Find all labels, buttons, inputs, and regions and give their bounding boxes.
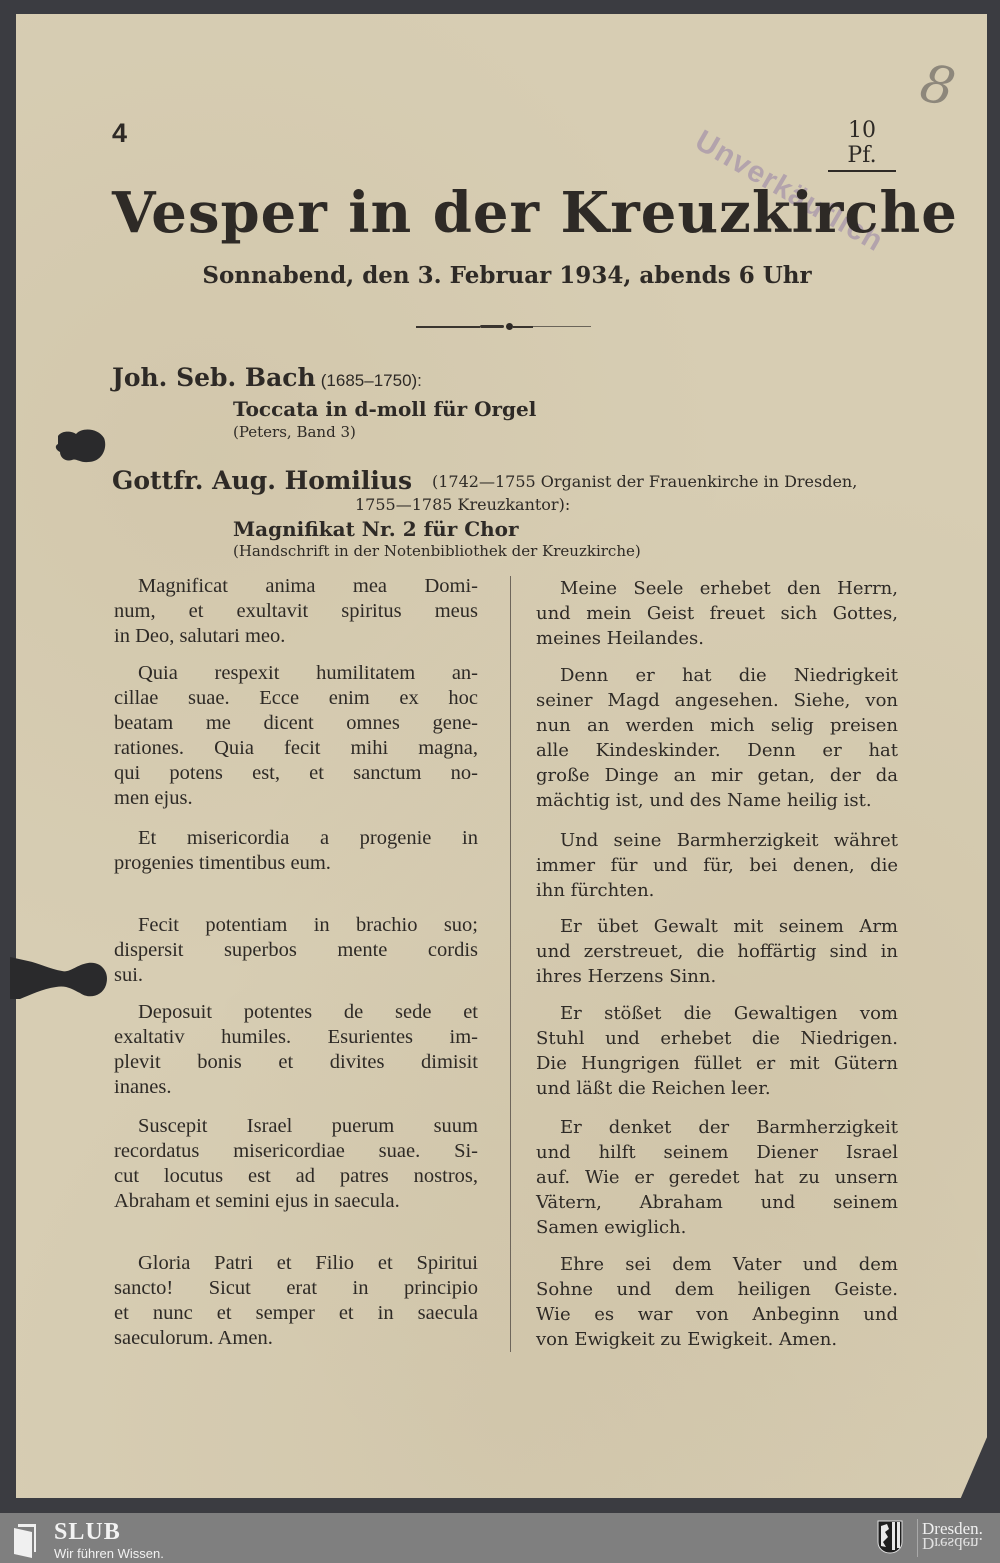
latin-stanza: Deposuit potentes de sede et exaltativ h…: [114, 1000, 478, 1100]
composer-dates-line2: 1755—1785 Kreuzkantor):: [355, 495, 570, 514]
price-label: 10 Pf.: [828, 118, 896, 172]
ink-blot: [52, 428, 107, 466]
dresden-logo-reflection: Dresden.: [922, 1536, 983, 1550]
german-stanza: Denn er hat die Niedrigkeit seiner Magd …: [536, 663, 898, 813]
document-title: Vesper in der Kreuzkirche: [112, 180, 902, 246]
dresden-coat-of-arms-icon: [877, 1520, 903, 1554]
composer-bach: Joh. Seb. Bach (1685–1750):: [112, 363, 422, 392]
german-stanza: Er übet Gewalt mit seinem Arm und zerstr…: [536, 914, 898, 989]
latin-stanza: Gloria Patri et Filio et Spiritui sancto…: [114, 1251, 478, 1351]
slub-footer-bar: SLUB Wir führen Wissen. Dresden. Dresden…: [0, 1513, 1000, 1563]
column-divider: [510, 576, 511, 1352]
german-stanza: Und seine Barmherzigkeit währet immer fü…: [536, 828, 898, 903]
document-subtitle: Sonnabend, den 3. Februar 1934, abends 6…: [112, 262, 902, 289]
composer-name: Gottfr. Aug. Homilius: [112, 466, 412, 495]
latin-stanza: Suscepit Israel puerum suum recordatus m…: [114, 1114, 478, 1214]
work-source: (Handschrift in der Notenbibliothek der …: [233, 542, 641, 560]
slub-book-icon: [12, 1522, 42, 1558]
german-stanza: Er stößet die Gewaltigen vom Stuhl und e…: [536, 1001, 898, 1101]
ornament-divider: [416, 320, 591, 334]
work-title: Magnifikat Nr. 2 für Chor: [233, 517, 519, 541]
german-stanza: Ehre sei dem Vater und dem Sohne und dem…: [536, 1252, 898, 1352]
ink-blot: [10, 955, 110, 1000]
handwritten-note: 8: [915, 53, 960, 119]
work-source: (Peters, Band 3): [233, 423, 356, 441]
work-title: Toccata in d-moll für Orgel: [233, 397, 536, 421]
latin-stanza: Et misericordia a progenie in progenies …: [114, 826, 478, 876]
footer-separator: [917, 1519, 918, 1557]
slub-logo-text: SLUB: [54, 1519, 121, 1546]
slub-tagline: Wir führen Wissen.: [54, 1546, 164, 1561]
latin-stanza: Fecit potentiam in brachio suo; dispersi…: [114, 913, 478, 988]
composer-name: Joh. Seb. Bach: [112, 363, 316, 392]
page-number: 4: [112, 118, 127, 149]
composer-homilius: Gottfr. Aug. Homilius: [112, 466, 412, 495]
composer-dates: (1685–1750):: [321, 371, 422, 390]
latin-stanza: Magnificat anima mea Domi- num, et exult…: [114, 574, 478, 649]
latin-stanza: Quia respexit humilitatem an- cillae sua…: [114, 661, 478, 811]
composer-dates: (1742—1755 Organist der Frauenkirche in …: [432, 472, 857, 491]
german-stanza: Meine Seele erhebet den Herrn, und mein …: [536, 576, 898, 651]
german-stanza: Er denket der Barmherzigkeit und hilft s…: [536, 1115, 898, 1240]
